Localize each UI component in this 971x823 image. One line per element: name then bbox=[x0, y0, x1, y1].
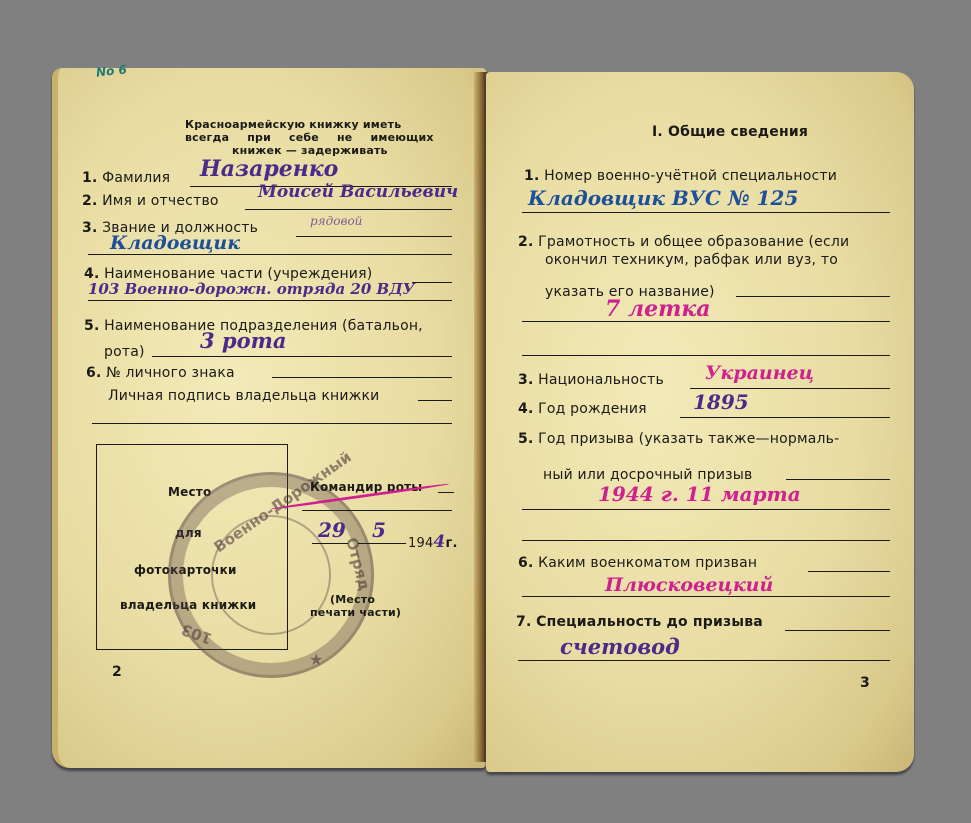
star-icon: ★ bbox=[309, 650, 323, 669]
r-field-2-line-top bbox=[736, 296, 890, 297]
r-field-2-value: 7 летка bbox=[605, 296, 711, 322]
r-field-3-value: Украинец bbox=[705, 362, 814, 384]
field-6-num: 6. bbox=[86, 365, 101, 381]
r-field-3-label: Национальность bbox=[538, 372, 664, 388]
r-field-1-line bbox=[522, 212, 890, 213]
r-field-6-num: 6. bbox=[518, 555, 533, 571]
seal-place-label-cont: печати части) bbox=[310, 606, 401, 619]
r-field-1-value: Кладовщик ВУС № 125 bbox=[528, 186, 798, 210]
commander-signature-line bbox=[302, 510, 452, 511]
r-field-3-line bbox=[690, 388, 890, 389]
field-4-line bbox=[88, 300, 452, 301]
date-year-end: г. bbox=[445, 536, 457, 551]
r-field-4-label: Год рождения bbox=[538, 401, 647, 417]
section-title: I. Общие сведения bbox=[652, 124, 808, 140]
r-field-6-line bbox=[522, 596, 890, 597]
r-field-2-line-extra bbox=[522, 355, 890, 356]
r-field-2-num: 2. bbox=[518, 234, 533, 250]
field-4-line-top bbox=[412, 282, 452, 283]
r-field-2-label-cont-1: окончил техникум, рабфак или вуз, то bbox=[545, 252, 838, 268]
r-field-7-value: счетовод bbox=[560, 634, 680, 659]
stamp-right-text: Отряд bbox=[342, 536, 373, 593]
r-field-6-line-top bbox=[808, 571, 890, 572]
field-5-num: 5. bbox=[84, 318, 99, 334]
r-field-7-line-top bbox=[785, 630, 890, 631]
field-1-num: 1. bbox=[82, 170, 97, 186]
field-6-label: № личного знака bbox=[106, 365, 235, 381]
date-day: 29 bbox=[318, 518, 346, 542]
owner-signature-label: Личная подпись владельца книжки bbox=[108, 388, 379, 404]
r-field-4-num: 4. bbox=[518, 401, 533, 417]
r-field-6-label: Каким военкоматом призван bbox=[538, 555, 757, 571]
field-1-value: Назаренко bbox=[200, 156, 338, 182]
r-field-5-line-extra bbox=[522, 540, 890, 541]
field-6-line bbox=[272, 377, 452, 378]
r-field-4-line bbox=[680, 417, 890, 418]
field-1-label: Фамилия bbox=[102, 170, 170, 186]
r-field-1-label: Номер военно-учётной специальности bbox=[544, 168, 837, 184]
r-field-2-label: Грамотность и общее образование (если bbox=[538, 234, 849, 250]
r-field-5-label-cont: ный или досрочный призыв bbox=[543, 467, 752, 483]
field-5-label-cont: рота) bbox=[104, 344, 145, 360]
r-field-5-label: Год призыва (указать также—нормаль- bbox=[538, 431, 839, 447]
date-month: 5 bbox=[372, 518, 386, 542]
owner-signature-line-top bbox=[418, 400, 452, 401]
field-4-value: 103 Военно-дорожн. отряда 20 ВДУ bbox=[88, 280, 415, 298]
field-5-line bbox=[152, 356, 452, 357]
r-field-1-num: 1. bbox=[524, 168, 539, 184]
field-3-value: Кладовщик bbox=[110, 232, 240, 254]
field-3-line bbox=[88, 254, 452, 255]
seal-place-label: (Место bbox=[330, 593, 375, 606]
field-3-line-top bbox=[296, 236, 452, 237]
field-3-num: 3. bbox=[82, 220, 97, 236]
r-field-5-num: 5. bbox=[518, 431, 533, 447]
date-year-suffix: 4 bbox=[433, 532, 445, 552]
page-number-right: 3 bbox=[860, 675, 870, 691]
notice-line-2: всегда при себе не имеющих bbox=[185, 131, 434, 144]
r-field-6-value: Плюсковецкий bbox=[605, 574, 773, 596]
owner-signature-line bbox=[92, 423, 452, 424]
field-3-value-top: рядовой bbox=[310, 214, 362, 228]
commander-line-top bbox=[438, 492, 454, 493]
r-field-5-line bbox=[522, 509, 890, 510]
r-field-7-line bbox=[518, 660, 890, 661]
r-field-3-num: 3. bbox=[518, 372, 533, 388]
r-field-5-value: 1944 г. 11 марта bbox=[598, 482, 801, 506]
field-2-value: Моисей Васильевич bbox=[258, 182, 458, 202]
r-field-4-value: 1895 bbox=[693, 390, 749, 414]
field-2-num: 2. bbox=[82, 193, 97, 209]
date-day-line bbox=[312, 543, 348, 544]
date-year-prefix: 194 bbox=[408, 536, 433, 551]
commander-label: Командир роты bbox=[310, 480, 422, 494]
r-field-7-num: 7. bbox=[516, 614, 531, 630]
field-2-label: Имя и отчество bbox=[102, 193, 219, 209]
r-field-7-label: Специальность до призыва bbox=[536, 614, 763, 630]
date-month-line bbox=[358, 543, 406, 544]
r-field-5-line-top bbox=[786, 479, 890, 480]
unit-seal-stamp: Военно-Дорожный Отряд 103 ★ bbox=[168, 472, 374, 678]
field-5-value: 3 рота bbox=[200, 328, 286, 353]
field-2-line bbox=[245, 209, 452, 210]
notice-line-1: Красноармейскую книжку иметь bbox=[185, 118, 401, 131]
page-number-left: 2 bbox=[112, 664, 122, 680]
